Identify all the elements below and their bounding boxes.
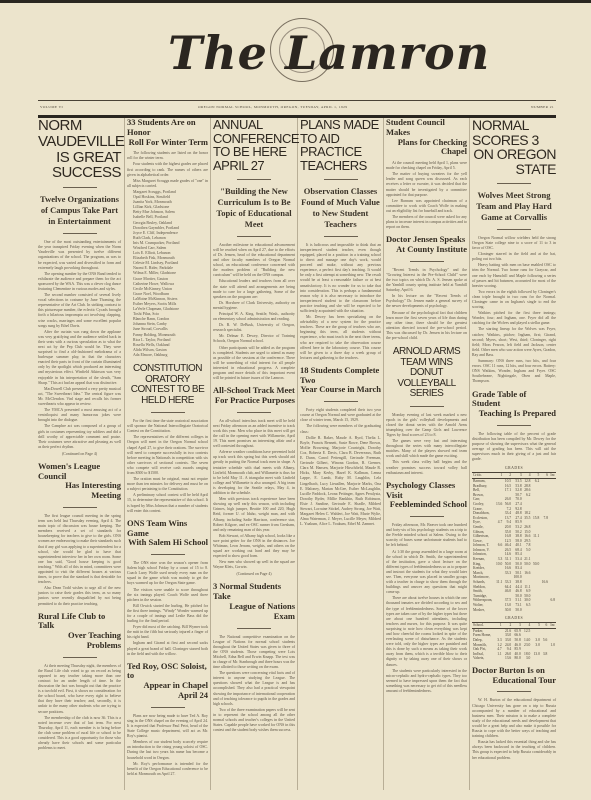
paragraph: For the first time the state oratorical … <box>127 419 208 434</box>
article-normal-scores: NORMAL SCORES 3 ON OREGON STATE Wolves M… <box>472 118 556 385</box>
paragraph: Oregon Normal willow wielders held the s… <box>472 236 556 251</box>
article-constitution: CONSTITUTION ORATORY CONTEST TO BE HELD … <box>127 364 208 514</box>
paragraph: The starting lineup for the Wolves was F… <box>472 327 556 358</box>
divider <box>237 628 271 629</box>
headline-line: TO BE HERE APRIL 27 <box>213 145 295 172</box>
table-cell: Mosher, <box>472 608 495 613</box>
headline-line: Over Teaching Problems <box>38 631 121 651</box>
headline: 18 Students Complete TwoYear Course in M… <box>300 366 381 395</box>
headline-line: ANNUAL CONFERENCE <box>213 118 295 145</box>
paragraph: The following were members of the gradua… <box>300 424 381 434</box>
table-cell: 16.8 <box>503 534 512 539</box>
article-jensen: Doctor Jensen SpeaksAt County Institute … <box>386 235 467 341</box>
table-cell: 46.0 <box>503 589 512 594</box>
paragraph: Dollie R. Baker, Maude A. Byrd, Thelia L… <box>300 436 381 528</box>
paragraph: The questions were concerning vital fact… <box>213 671 295 707</box>
divider <box>324 401 358 402</box>
publication-date: OREGON NORMAL SCHOOL, MONMOUTH, OREGON, … <box>198 105 347 109</box>
divider <box>63 233 97 234</box>
article-grade-table: Grade Table of StudentTeaching Is Prepar… <box>472 390 556 661</box>
article-womens-league: Women's League CouncilHas Interesting Me… <box>38 462 121 607</box>
paragraph: Other participants will be added as the … <box>213 346 295 382</box>
paragraph: Plans are now being made to have Ted A. … <box>127 714 208 739</box>
paragraph: Dr. R. W. DeBusk, University of Oregon, … <box>213 323 295 333</box>
paragraph: Miss Margaret Scruggs made grades of "on… <box>127 179 208 189</box>
column-2: 33 Students Are on HonorRoll For Winter … <box>127 118 208 798</box>
paragraph: The membership of the club is now 36. Th… <box>38 716 121 752</box>
paragraph: An all-school interclass track meet will… <box>213 419 295 450</box>
divider <box>63 507 97 508</box>
paragraph: Monday evening of last week marked a new… <box>386 413 467 438</box>
headline-line: Ted Roy, OSC Soloist, to <box>127 661 207 681</box>
column-4: PLANS MADE TO AID PRACTICE TEACHERS Obse… <box>300 118 381 798</box>
paragraph: Another milestone in educational advance… <box>213 243 295 279</box>
table-cell: 14.0 <box>522 638 532 643</box>
headline-line: Year Course in March <box>300 385 381 395</box>
article-vaudeville: NORM VAUDEVILLE IS GREAT SUCCESS Twelve … <box>38 118 121 457</box>
table-cell <box>549 608 556 613</box>
paragraph: Adverse weather conditions have prevente… <box>213 450 295 496</box>
paragraph: The first league council meeting in the … <box>38 514 121 585</box>
article-graduates: 18 Students Complete TwoYear Course in M… <box>300 366 381 527</box>
article-league-nations: 3 Normal Students TakeLeague of Nations … <box>213 582 295 733</box>
paragraph: Heavy batting with men on base enabled O… <box>472 263 556 288</box>
paragraph: Mr. Delmar E. Dewey, Director of Trainin… <box>213 334 295 344</box>
headline-line: Roll For Winter Term <box>127 138 208 148</box>
paragraph: Friday afternoon, Mr. Beaver took one hu… <box>386 523 467 548</box>
table-cell: Valsetz, <box>472 656 495 661</box>
table-cell: 3.3 <box>495 638 502 643</box>
paragraph: In his lecture on the "Recent Trends of … <box>386 294 467 309</box>
table-cell: 33.0 <box>503 638 513 643</box>
paragraph: A preliminary school contest will be hel… <box>127 493 208 513</box>
article-arnold-arms: ARNOLD ARMS TEAM WINS DONUT VOLLEYBALL S… <box>386 347 467 476</box>
paragraph: MacDowell Club presented a very pretty m… <box>38 387 121 407</box>
headline-line: Educational Tour <box>472 676 556 686</box>
headline: Women's League CouncilHas Interesting Me… <box>38 462 121 501</box>
paragraph: Lee Barnum was appointed chairman of a c… <box>386 199 467 214</box>
divider <box>497 425 531 426</box>
headline-line: Rural Life Club to Talk <box>38 611 105 631</box>
column-6: NORMAL SCORES 3 ON OREGON STATE Wolves M… <box>472 118 556 798</box>
headline-line: NORMAL SCORES 3 <box>472 118 556 147</box>
headline: Psychology Classes VisitFeebleminded Sch… <box>386 481 467 510</box>
table-cell: 10.0 <box>495 562 504 567</box>
column-divider <box>469 118 470 790</box>
paragraph: Principal W. A. King, Seattle, Wash., au… <box>213 312 295 322</box>
table-cell: 50.8 <box>512 638 522 643</box>
table-row: Valsetz,13.680.03.0 <box>472 656 556 661</box>
table-cell: 11.1 <box>531 534 540 539</box>
table-cell: 33.3 <box>503 571 512 576</box>
paragraph: The matter of buying sweaters for the ye… <box>386 172 467 197</box>
paragraph: The visitors were unable to score throug… <box>127 588 208 603</box>
table-cell: 10.5 <box>503 478 512 483</box>
newspaper-title: The Lamron <box>168 26 490 80</box>
paragraph: There are about twelve houses in which t… <box>386 596 467 667</box>
paragraph: The oration must be original, must not r… <box>127 477 208 492</box>
table-cell <box>540 608 549 613</box>
school-grades-table: School.123456Inc Parker,21.665.912.5Farm… <box>472 622 556 661</box>
article-plans-practice: PLANS MADE TO AID PRACTICE TEACHERS Obse… <box>300 118 381 361</box>
paragraph: The games were very fast and interesting… <box>386 439 467 459</box>
table-cell: 80.0 <box>512 656 522 661</box>
headline-line: CONSTITUTION ORATORY <box>127 364 208 385</box>
table-cell: 31.1 <box>503 557 512 562</box>
divider <box>410 406 444 407</box>
headline: ONS Team Wins GameWith Salem Hi School <box>127 519 208 548</box>
divider <box>497 691 531 692</box>
newspaper-title-text: The Lamron <box>168 26 490 80</box>
paragraph: Watkins pitched for the first three inni… <box>472 311 556 326</box>
article-student-council: Student Council MakesPlans for Checking … <box>386 118 467 230</box>
paragraph: It is ludicrous and impossible to think … <box>300 243 381 314</box>
divider <box>497 229 531 230</box>
dateline-bar: VOLUME VI OREGON NORMAL SCHOOL, MONMOUTH… <box>38 100 556 118</box>
table-cell: 1.1 <box>495 652 502 657</box>
paragraph: Bill Orwick started the hurling. He pitc… <box>127 604 208 624</box>
paragraph: The following students are listed on the… <box>127 151 208 161</box>
article-ons-team: ONS Team Wins GameWith Salem Hi School T… <box>127 519 208 657</box>
table-cell <box>548 656 556 661</box>
table-cell <box>531 608 540 613</box>
headline: Doctor Jensen SpeaksAt County Institute <box>386 235 467 255</box>
paragraph: "Recent Trends in Psychology" and the "G… <box>386 268 467 293</box>
column-divider <box>297 118 298 790</box>
headline-line: With Salem Hi School <box>127 538 208 548</box>
honor-roll-list: Margaret Scruggs, PortlandOpal Hoskins, … <box>127 190 208 358</box>
table-caption: GRADES <box>472 466 556 470</box>
table-cell: 16.6 <box>523 571 532 576</box>
divider <box>237 179 271 180</box>
paragraph: The ONS nine won the season's opener fro… <box>127 561 208 586</box>
headline-line: At County Institute <box>386 245 467 255</box>
paragraph: The students were particularly intereste… <box>386 669 467 694</box>
paragraph: The following table of the percent of gr… <box>472 432 556 463</box>
divider <box>410 516 444 517</box>
headline: All-School Track MeetFor Practice Purpos… <box>213 386 295 406</box>
table-cell: 6.8 <box>549 598 556 603</box>
paragraph: The National competitive examination on … <box>213 635 295 671</box>
table-cell: 21.1 <box>523 557 532 562</box>
issue-number: NUMBER 21 <box>531 105 554 109</box>
divider <box>151 554 185 555</box>
table-cell <box>495 608 504 613</box>
paragraph: At the council meeting held April 1, pla… <box>386 161 467 171</box>
table-cell: 50.0 <box>512 608 523 613</box>
headline: Student Council MakesPlans for Checking … <box>386 118 467 157</box>
subheadline: Wolves Meet Strong Team and Play Hard Ga… <box>472 190 556 223</box>
headline-line: League of Nations Exam <box>213 602 295 622</box>
table-caption: GRADES <box>472 616 556 620</box>
paragraph: At their meeting Thursday night, the mem… <box>38 664 121 715</box>
headline-line: ARNOLD ARMS TEAM WINS <box>386 347 467 368</box>
paragraph: Cloninger starred in the field and at th… <box>472 252 556 262</box>
headline: 33 Students Are on HonorRoll For Winter … <box>127 118 208 147</box>
article-ted-roy: Ted Roy, OSC Soloist, toAppear in Chapel… <box>127 662 208 777</box>
headline: Grade Table of StudentTeaching Is Prepar… <box>472 390 556 419</box>
paragraph: W. H. Burton of the educational departme… <box>472 698 556 739</box>
headline-line: 3 Normal Students Take <box>213 581 281 601</box>
paragraph: The opening number by the ONS Band tende… <box>38 272 121 292</box>
article-psychology: Psychology Classes VisitFeebleminded Sch… <box>386 481 467 694</box>
paragraph: The second number consisted of several l… <box>38 293 121 329</box>
subheadline: Observation Classes Found of Much Value … <box>300 186 381 230</box>
divider <box>324 179 358 180</box>
table-header-cell: Inc <box>548 623 556 629</box>
table-row: Mosher,30.050.0 <box>472 608 556 613</box>
headline-line: Teaching Is Prepared <box>472 409 556 419</box>
paragraph: This week class volley ball begins and t… <box>386 460 467 475</box>
headline-line: For Practice Purposes <box>213 396 295 406</box>
paragraph: Men with previous track experience have … <box>213 497 295 533</box>
paragraph: Forty eight students completed their two… <box>300 408 381 423</box>
headline-line: Psychology Classes Visit <box>386 480 455 500</box>
headline-line: DONUT VOLLEYBALL SERIES <box>386 368 467 400</box>
paragraph: Because of the psychological fact that c… <box>386 311 467 342</box>
article-honor-roll: 33 Students Are on HonorRoll For Winter … <box>127 118 208 358</box>
paragraph: The YMCA presented a most amusing act of… <box>38 408 121 423</box>
table-cell: 50.0 <box>531 562 540 567</box>
continued-link[interactable]: (Continued on Page 4) <box>38 451 121 457</box>
table-cell: 13.6 <box>495 502 504 507</box>
paragraph: Russia has lacked this essential thing a… <box>472 740 556 760</box>
divider <box>497 183 531 184</box>
paragraph: One of the most outstanding entertainmen… <box>38 240 121 271</box>
headline-line: Feebleminded School <box>386 500 467 510</box>
table-header-cell: Inc <box>549 473 556 479</box>
table-cell: 3.0 <box>522 656 532 661</box>
paragraph: The members of the council were asked fo… <box>386 215 467 230</box>
headline-line: CONTEST TO BE HELD HERE <box>127 385 208 406</box>
article-rural-life: Rural Life Club to TalkOver Teaching Pro… <box>38 612 121 752</box>
divider <box>237 412 271 413</box>
paragraph: Dr. Horsbree of Clark University, author… <box>213 301 295 311</box>
headline-line: Doctor Jensen Speaks <box>386 234 465 244</box>
headline-line: Student Council Makes <box>386 117 445 137</box>
volume-label: VOLUME VI <box>40 105 63 109</box>
table-cell: 12.5 <box>522 628 532 633</box>
headline: Doctor Burton Is onEducational Tour <box>472 666 556 686</box>
column-3: ANNUAL CONFERENCE TO BE HERE APRIL 27 "B… <box>213 118 295 798</box>
table-cell: 35.5 <box>523 516 532 521</box>
divider <box>151 412 185 413</box>
column-5: Student Council MakesPlans for Checking … <box>386 118 467 798</box>
critic-grades-table: Critic.123456Inc Barnum,10.553.512.86.2B… <box>472 472 556 612</box>
headline-line: NORM VAUDEVILLE <box>38 118 121 150</box>
divider <box>410 261 444 262</box>
headline: Rural Life Club to TalkOver Teaching Pro… <box>38 612 121 651</box>
table-cell: 16.6 <box>540 580 549 585</box>
headline-line: 33 Students Are on Honor <box>127 117 196 137</box>
paragraph: The representatives of the different col… <box>127 435 208 476</box>
paragraph: Also Dean Todd wishes to urge all of the… <box>38 586 121 606</box>
paragraph: Bob Stewart, of Albany high school, look… <box>213 534 295 559</box>
table-cell: 33.3 <box>503 580 512 585</box>
continued-link[interactable]: (Continued on Page 4) <box>213 571 295 577</box>
paragraph: Two of the three examination papers will… <box>213 708 295 733</box>
table-cell <box>531 656 541 661</box>
headline-line: Doctor Burton Is on <box>472 665 545 675</box>
headline-line: Appear in Chapel April 24 <box>127 681 208 701</box>
table-cell: 12.8 <box>523 478 532 483</box>
column-divider <box>210 118 211 790</box>
table-cell <box>541 656 548 661</box>
paragraph: Educational leaders and teachers from al… <box>213 279 295 299</box>
headline: Ted Roy, OSC Soloist, toAppear in Chapel… <box>127 662 208 701</box>
headline-line: All-School Track Meet <box>213 385 295 395</box>
article-conference: ANNUAL CONFERENCE TO BE HERE APRIL 27 "B… <box>213 118 295 381</box>
headline-line: 18 Students Complete Two <box>300 365 379 385</box>
paragraph: After the curtain was rung down the appl… <box>38 330 121 386</box>
masthead: The Lamron <box>38 18 556 88</box>
table-cell: 50.0 <box>523 562 532 567</box>
table-cell: 30.0 <box>503 608 512 613</box>
table-cell <box>523 608 532 613</box>
headline-line: ON OREGON STATE <box>472 147 556 176</box>
paragraph: Mr. Roy's performance is intended for th… <box>127 762 208 777</box>
divider <box>63 187 97 188</box>
column-divider <box>383 118 384 790</box>
headline-line: IS GREAT SUCCESS <box>38 150 121 182</box>
divider <box>63 657 97 658</box>
table-cell: 17.1 <box>503 488 512 493</box>
table-cell: 26.8 <box>523 525 532 530</box>
column-1: NORM VAUDEVILLE IS GREAT SUCCESS Twelve … <box>38 118 121 798</box>
newspaper-page: The Lamron VOLUME VI OREGON NORMAL SCHOO… <box>38 0 556 800</box>
table-cell: 15.8 <box>531 516 540 521</box>
table-cell: 23.0 <box>522 643 532 648</box>
headline-line: PLANS MADE TO AID <box>300 118 381 145</box>
honor-roll-name: Ada Elmore, Oakburg <box>127 353 208 358</box>
table-cell: 56.0 <box>503 502 512 507</box>
table-cell: 13.0 <box>503 603 512 608</box>
divider <box>324 236 358 237</box>
headline-line: Grade Table of Student <box>472 389 526 409</box>
paragraph: Fryer did most of the catching. Bill Wym… <box>127 625 208 640</box>
table-cell: 11.1 <box>495 580 504 585</box>
paragraph: The Camphre act was composed of a group … <box>38 424 121 449</box>
paragraph: Members of our student body scarcely req… <box>127 740 208 760</box>
headline-line: Plans for Checking Chapel <box>386 138 467 158</box>
table-cell <box>495 656 502 661</box>
paragraph: Ingham and Girand at first and second sa… <box>127 641 208 656</box>
headline-line: Women's League Council <box>38 461 100 481</box>
column-divider <box>124 118 125 790</box>
headline-line: ONS Team Wins Game <box>127 518 187 538</box>
article-track-meet: All-School Track MeetFor Practice Purpos… <box>213 386 295 577</box>
paragraph: Four students with the highest grades ar… <box>127 162 208 177</box>
headline-line: PRACTICE TEACHERS <box>300 145 381 172</box>
divider <box>151 707 185 708</box>
paragraph: At 1:30 the group assembled in a large r… <box>386 550 467 596</box>
subheadline: Twelve Organizations of Campus Take Part… <box>38 194 121 227</box>
paragraph: Summary: ONS three runs, two hits, and f… <box>472 359 556 384</box>
table-cell: 16.6 <box>523 534 532 539</box>
headline: 3 Normal Students TakeLeague of Nations … <box>213 582 295 621</box>
subheadline: "Building the New Curriculum Is to Be To… <box>213 186 295 230</box>
table-cell: 20.0 <box>503 525 512 530</box>
paragraph: Mr. Dewey has been specializing on the a… <box>300 315 381 361</box>
article-burton: Doctor Burton Is onEducational Tour W. H… <box>472 666 556 761</box>
paragraph: Two errors in the eighth followed by Clo… <box>472 290 556 310</box>
headline-line: Has Interesting Meeting <box>38 481 121 501</box>
paragraph: New men who showed up well in the squad … <box>213 560 295 570</box>
table-cell: 13.6 <box>503 656 513 661</box>
divider <box>237 236 271 237</box>
